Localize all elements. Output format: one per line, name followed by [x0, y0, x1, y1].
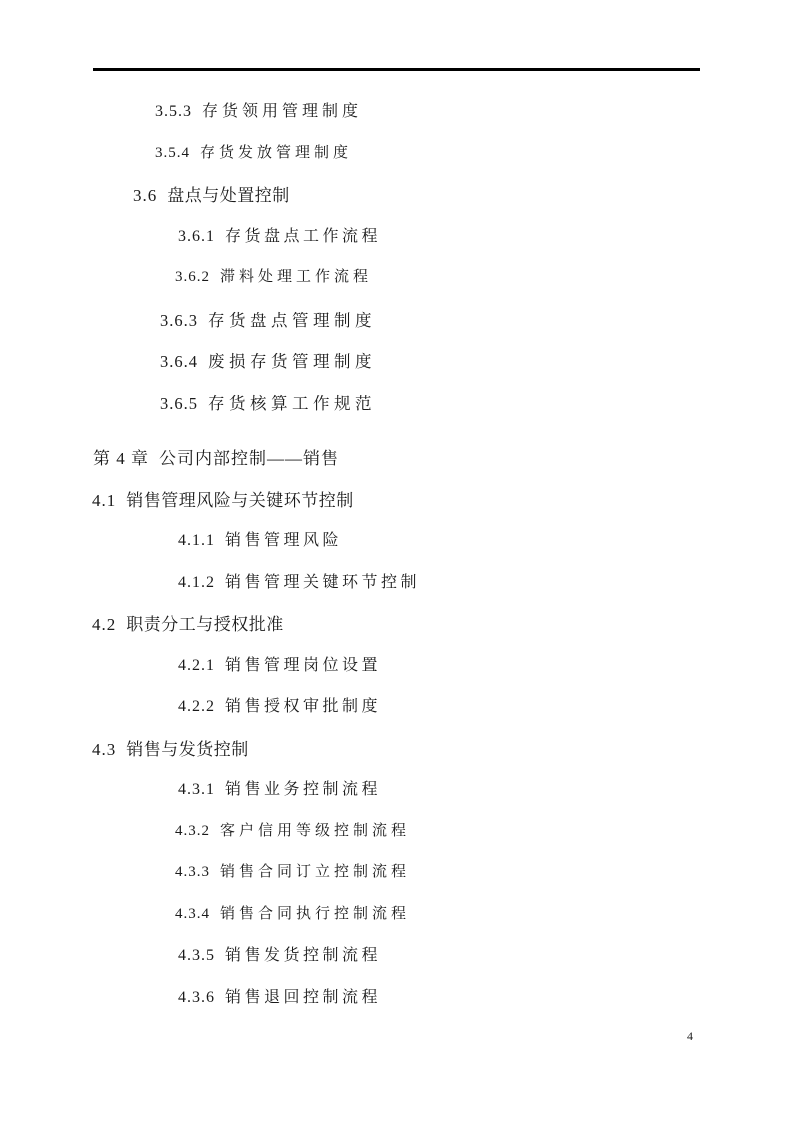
toc-entry-title: 存货领用管理制度 — [202, 104, 362, 121]
toc-entry-number: 3.6.5 — [160, 395, 198, 412]
toc-entry-number: 3.6.3 — [160, 312, 198, 329]
page-number: 4 — [680, 1029, 700, 1044]
toc-entry: 4.1.1销售管理风险 — [0, 533, 792, 575]
toc-entry-title: 销售管理风险与关键环节控制 — [126, 492, 354, 510]
toc-entry-number: 3.5.3 — [155, 104, 192, 121]
toc-entry: 3.6.2滞料处理工作流程 — [0, 270, 792, 312]
toc-entry-title: 销售授权审批制度 — [225, 699, 381, 716]
toc-entry: 4.1.2销售管理关键环节控制 — [0, 575, 792, 617]
toc-entry-number: 4.2 — [92, 616, 116, 634]
toc-entry-title: 销售合同订立控制流程 — [220, 865, 410, 881]
toc-entry-number: 3.6.4 — [160, 353, 198, 370]
toc-entry-title: 存货发放管理制度 — [200, 146, 352, 162]
toc-entry-title: 职责分工与授权批准 — [126, 616, 284, 634]
toc-entry-number: 4.1 — [92, 492, 116, 510]
toc-entry: 4.2.1销售管理岗位设置 — [0, 658, 792, 700]
toc-entry-title: 销售发货控制流程 — [225, 948, 381, 965]
toc-entry: 4.3.1销售业务控制流程 — [0, 782, 792, 824]
toc-list: 3.5.3存货领用管理制度3.5.4存货发放管理制度3.6盘点与处置控制3.6.… — [0, 104, 792, 1031]
toc-entry-number: 4.3.5 — [178, 948, 215, 965]
header-rule — [93, 68, 700, 71]
toc-entry-number: 3.6 — [133, 187, 157, 205]
toc-entry-number: 4.2.2 — [178, 699, 215, 716]
toc-entry: 3.6.1存货盘点工作流程 — [0, 229, 792, 271]
toc-entry: 3.6.4废损存货管理制度 — [0, 353, 792, 395]
document-page: 3.5.3存货领用管理制度3.5.4存货发放管理制度3.6盘点与处置控制3.6.… — [0, 0, 792, 1121]
toc-entry-number: 4.3.2 — [175, 824, 210, 840]
toc-entry: 3.5.3存货领用管理制度 — [0, 104, 792, 146]
toc-entry-title: 销售业务控制流程 — [225, 782, 381, 799]
toc-entry-title: 盘点与处置控制 — [167, 187, 290, 205]
toc-entry-number: 3.6.1 — [178, 229, 215, 246]
toc-entry: 4.3.3销售合同订立控制流程 — [0, 865, 792, 907]
toc-entry-title: 销售管理关键环节控制 — [225, 575, 420, 592]
toc-entry: 第 4 章公司内部控制——销售 — [0, 450, 792, 492]
toc-entry: 3.6.3存货盘点管理制度 — [0, 312, 792, 354]
toc-entry-number: 4.3 — [92, 741, 116, 759]
toc-entry-title: 销售退回控制流程 — [225, 990, 381, 1007]
toc-entry-title: 销售合同执行控制流程 — [220, 907, 410, 923]
toc-entry-number: 3.5.4 — [155, 146, 190, 162]
toc-entry: 4.3.4销售合同执行控制流程 — [0, 907, 792, 949]
toc-entry: 3.6.5存货核算工作规范 — [0, 395, 792, 437]
toc-entry-title: 公司内部控制——销售 — [159, 450, 339, 468]
toc-entry: 4.3.2客户信用等级控制流程 — [0, 824, 792, 866]
toc-entry: 4.3销售与发货控制 — [0, 741, 792, 783]
toc-entry-title: 存货盘点管理制度 — [208, 312, 376, 329]
toc-entry-number: 4.3.1 — [178, 782, 215, 799]
toc-entry-title: 销售管理岗位设置 — [225, 658, 381, 675]
toc-entry: 4.1销售管理风险与关键环节控制 — [0, 492, 792, 534]
toc-entry-title: 客户信用等级控制流程 — [220, 824, 410, 840]
toc-entry: 4.3.5销售发货控制流程 — [0, 948, 792, 990]
toc-entry-number: 4.3.4 — [175, 907, 210, 923]
toc-entry-title: 存货盘点工作流程 — [225, 229, 381, 246]
toc-entry-number: 4.2.1 — [178, 658, 215, 675]
toc-entry-title: 销售管理风险 — [225, 533, 342, 550]
toc-entry-title: 存货核算工作规范 — [208, 395, 376, 412]
toc-entry-number: 4.1.2 — [178, 575, 215, 592]
toc-entry-number: 4.3.3 — [175, 865, 210, 881]
toc-entry-title: 滞料处理工作流程 — [220, 270, 372, 286]
toc-entry-title: 废损存货管理制度 — [208, 353, 376, 370]
toc-entry-title: 销售与发货控制 — [126, 741, 249, 759]
toc-entry: 3.6盘点与处置控制 — [0, 187, 792, 229]
toc-entry: 4.2职责分工与授权批准 — [0, 616, 792, 658]
toc-entry-number: 4.3.6 — [178, 990, 215, 1007]
toc-entry: 3.5.4存货发放管理制度 — [0, 146, 792, 188]
toc-entry-number: 3.6.2 — [175, 270, 210, 286]
toc-entry-number: 第 4 章 — [93, 450, 149, 468]
toc-entry: 4.3.6销售退回控制流程 — [0, 990, 792, 1032]
toc-entry: 4.2.2销售授权审批制度 — [0, 699, 792, 741]
toc-entry-number: 4.1.1 — [178, 533, 215, 550]
